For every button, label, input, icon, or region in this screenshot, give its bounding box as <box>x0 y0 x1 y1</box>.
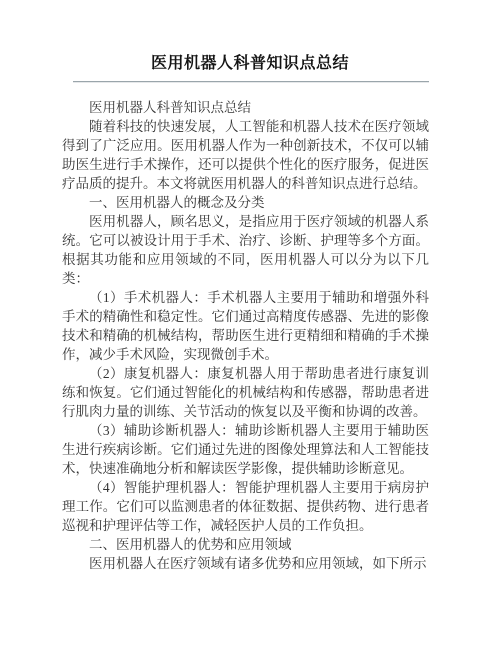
paragraph-advantages-intro: 医用机器人在医疗领域有诸多优势和应用领域，如下所示 <box>62 554 429 573</box>
paragraph-rehab-robot: （2）康复机器人：康复机器人用于帮助患者进行康复训练和恢复。它们通过智能化的机械… <box>62 364 429 421</box>
paragraph-nursing-robot: （4）智能护理机器人：智能护理机器人主要用于病房护理工作。它们可以监测患者的体征… <box>62 478 429 535</box>
document-title: 医用机器人科普知识点总结 <box>0 0 500 73</box>
title-divider <box>73 81 429 82</box>
heading-section-2: 二、医用机器人的优势和应用领域 <box>62 535 429 554</box>
paragraph-concept: 医用机器人，顾名思义，是指应用于医疗领域的机器人系统。它可以被设计用于手术、治疗… <box>62 212 429 288</box>
paragraph-diagnosis-robot: （3）辅助诊断机器人：辅助诊断机器人主要用于辅助医生进行疾病诊断。它们通过先进的… <box>62 421 429 478</box>
document-body: 医用机器人科普知识点总结 随着科技的快速发展，人工智能和机器人技术在医疗领域得到… <box>62 98 429 573</box>
heading-section-1: 一、医用机器人的概念及分类 <box>62 193 429 212</box>
paragraph-title-repeat: 医用机器人科普知识点总结 <box>62 98 429 117</box>
paragraph-surgical-robot: （1）手术机器人：手术机器人主要用于辅助和增强外科手术的精确性和稳定性。它们通过… <box>62 288 429 364</box>
paragraph-intro: 随着科技的快速发展，人工智能和机器人技术在医疗领域得到了广泛应用。医用机器人作为… <box>62 117 429 193</box>
document-page: 医用机器人科普知识点总结 医用机器人科普知识点总结 随着科技的快速发展，人工智能… <box>0 0 500 647</box>
